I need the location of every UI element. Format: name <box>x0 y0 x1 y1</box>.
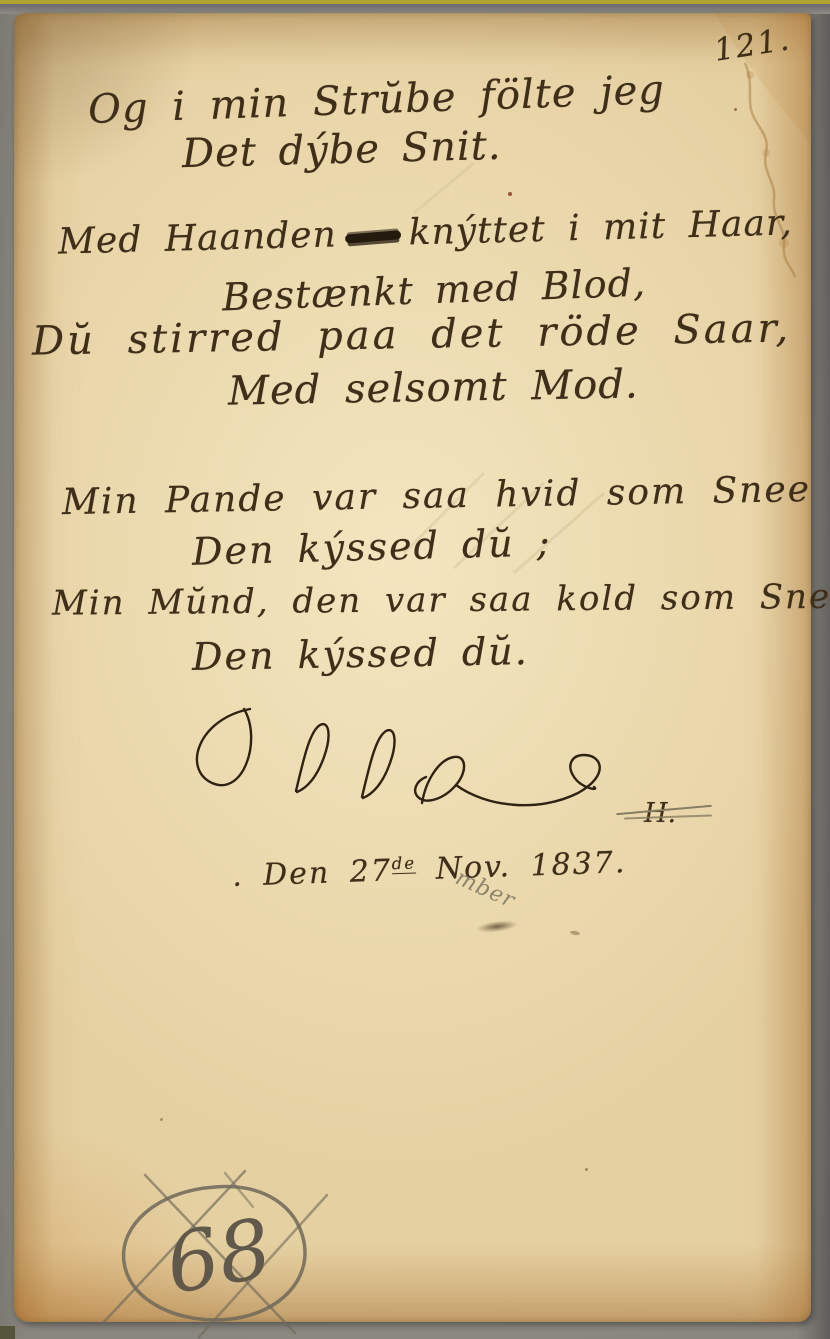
water-stain-line <box>745 63 795 277</box>
poem-line-2: Det dýbe Snit. <box>181 123 502 177</box>
date-line: . Den 27de Nov. 1837. <box>232 845 627 894</box>
date-before-sup: . Den 27 <box>232 853 393 894</box>
folio-number: 68 <box>159 1201 278 1313</box>
ink-smudge-small <box>570 930 581 936</box>
freckle-dot <box>160 1118 163 1121</box>
poem-line-9: Min Mŭnd, den var saa kold som Snee— <box>52 576 830 623</box>
freckle-dot <box>508 192 512 196</box>
date-after-sup: Nov. 1837. <box>416 845 627 887</box>
ink-smudge <box>475 918 518 934</box>
date-superscript: de <box>391 853 416 874</box>
stain-blob <box>762 149 770 157</box>
stain-blob <box>746 71 754 79</box>
pen-flourish <box>154 693 624 843</box>
manuscript-page: 121. Og i min Strŭbe fölte jeg Det dýbe … <box>14 13 811 1322</box>
manuscript-scan: 121. Og i min Strŭbe fölte jeg Det dýbe … <box>0 0 830 1339</box>
poem-line-5: Dŭ stirred paa det röde Saar, <box>32 305 792 364</box>
folio-mark: 68 <box>95 1165 330 1339</box>
poem-line-1: Og i min Strŭbe fölte jeg <box>87 67 665 133</box>
poem-line-6: Med selsomt Mod. <box>228 361 639 414</box>
poem-line-10: Den kýssed dŭ. <box>192 629 529 679</box>
poem-line-8: Den kýssed dŭ ; <box>191 520 552 573</box>
crossed-initial-text: H. <box>644 798 676 829</box>
mount-corner-patch <box>0 1326 15 1339</box>
freckle-dot <box>734 108 737 111</box>
poem-line-3-after: knýttet i mit Haar, <box>408 202 793 253</box>
struck-out-word-blot <box>345 230 402 243</box>
freckle-dot <box>585 1168 588 1171</box>
crossed-initial: H. <box>644 798 676 829</box>
poem-line-3: Med Haandenknýttet i mit Haar, <box>58 202 794 262</box>
poem-line-7: Min Pande var saa hvid som Snee — <box>62 468 830 523</box>
poem-line-3-before: Med Haanden <box>58 214 338 262</box>
page-number: 121. <box>712 21 794 69</box>
